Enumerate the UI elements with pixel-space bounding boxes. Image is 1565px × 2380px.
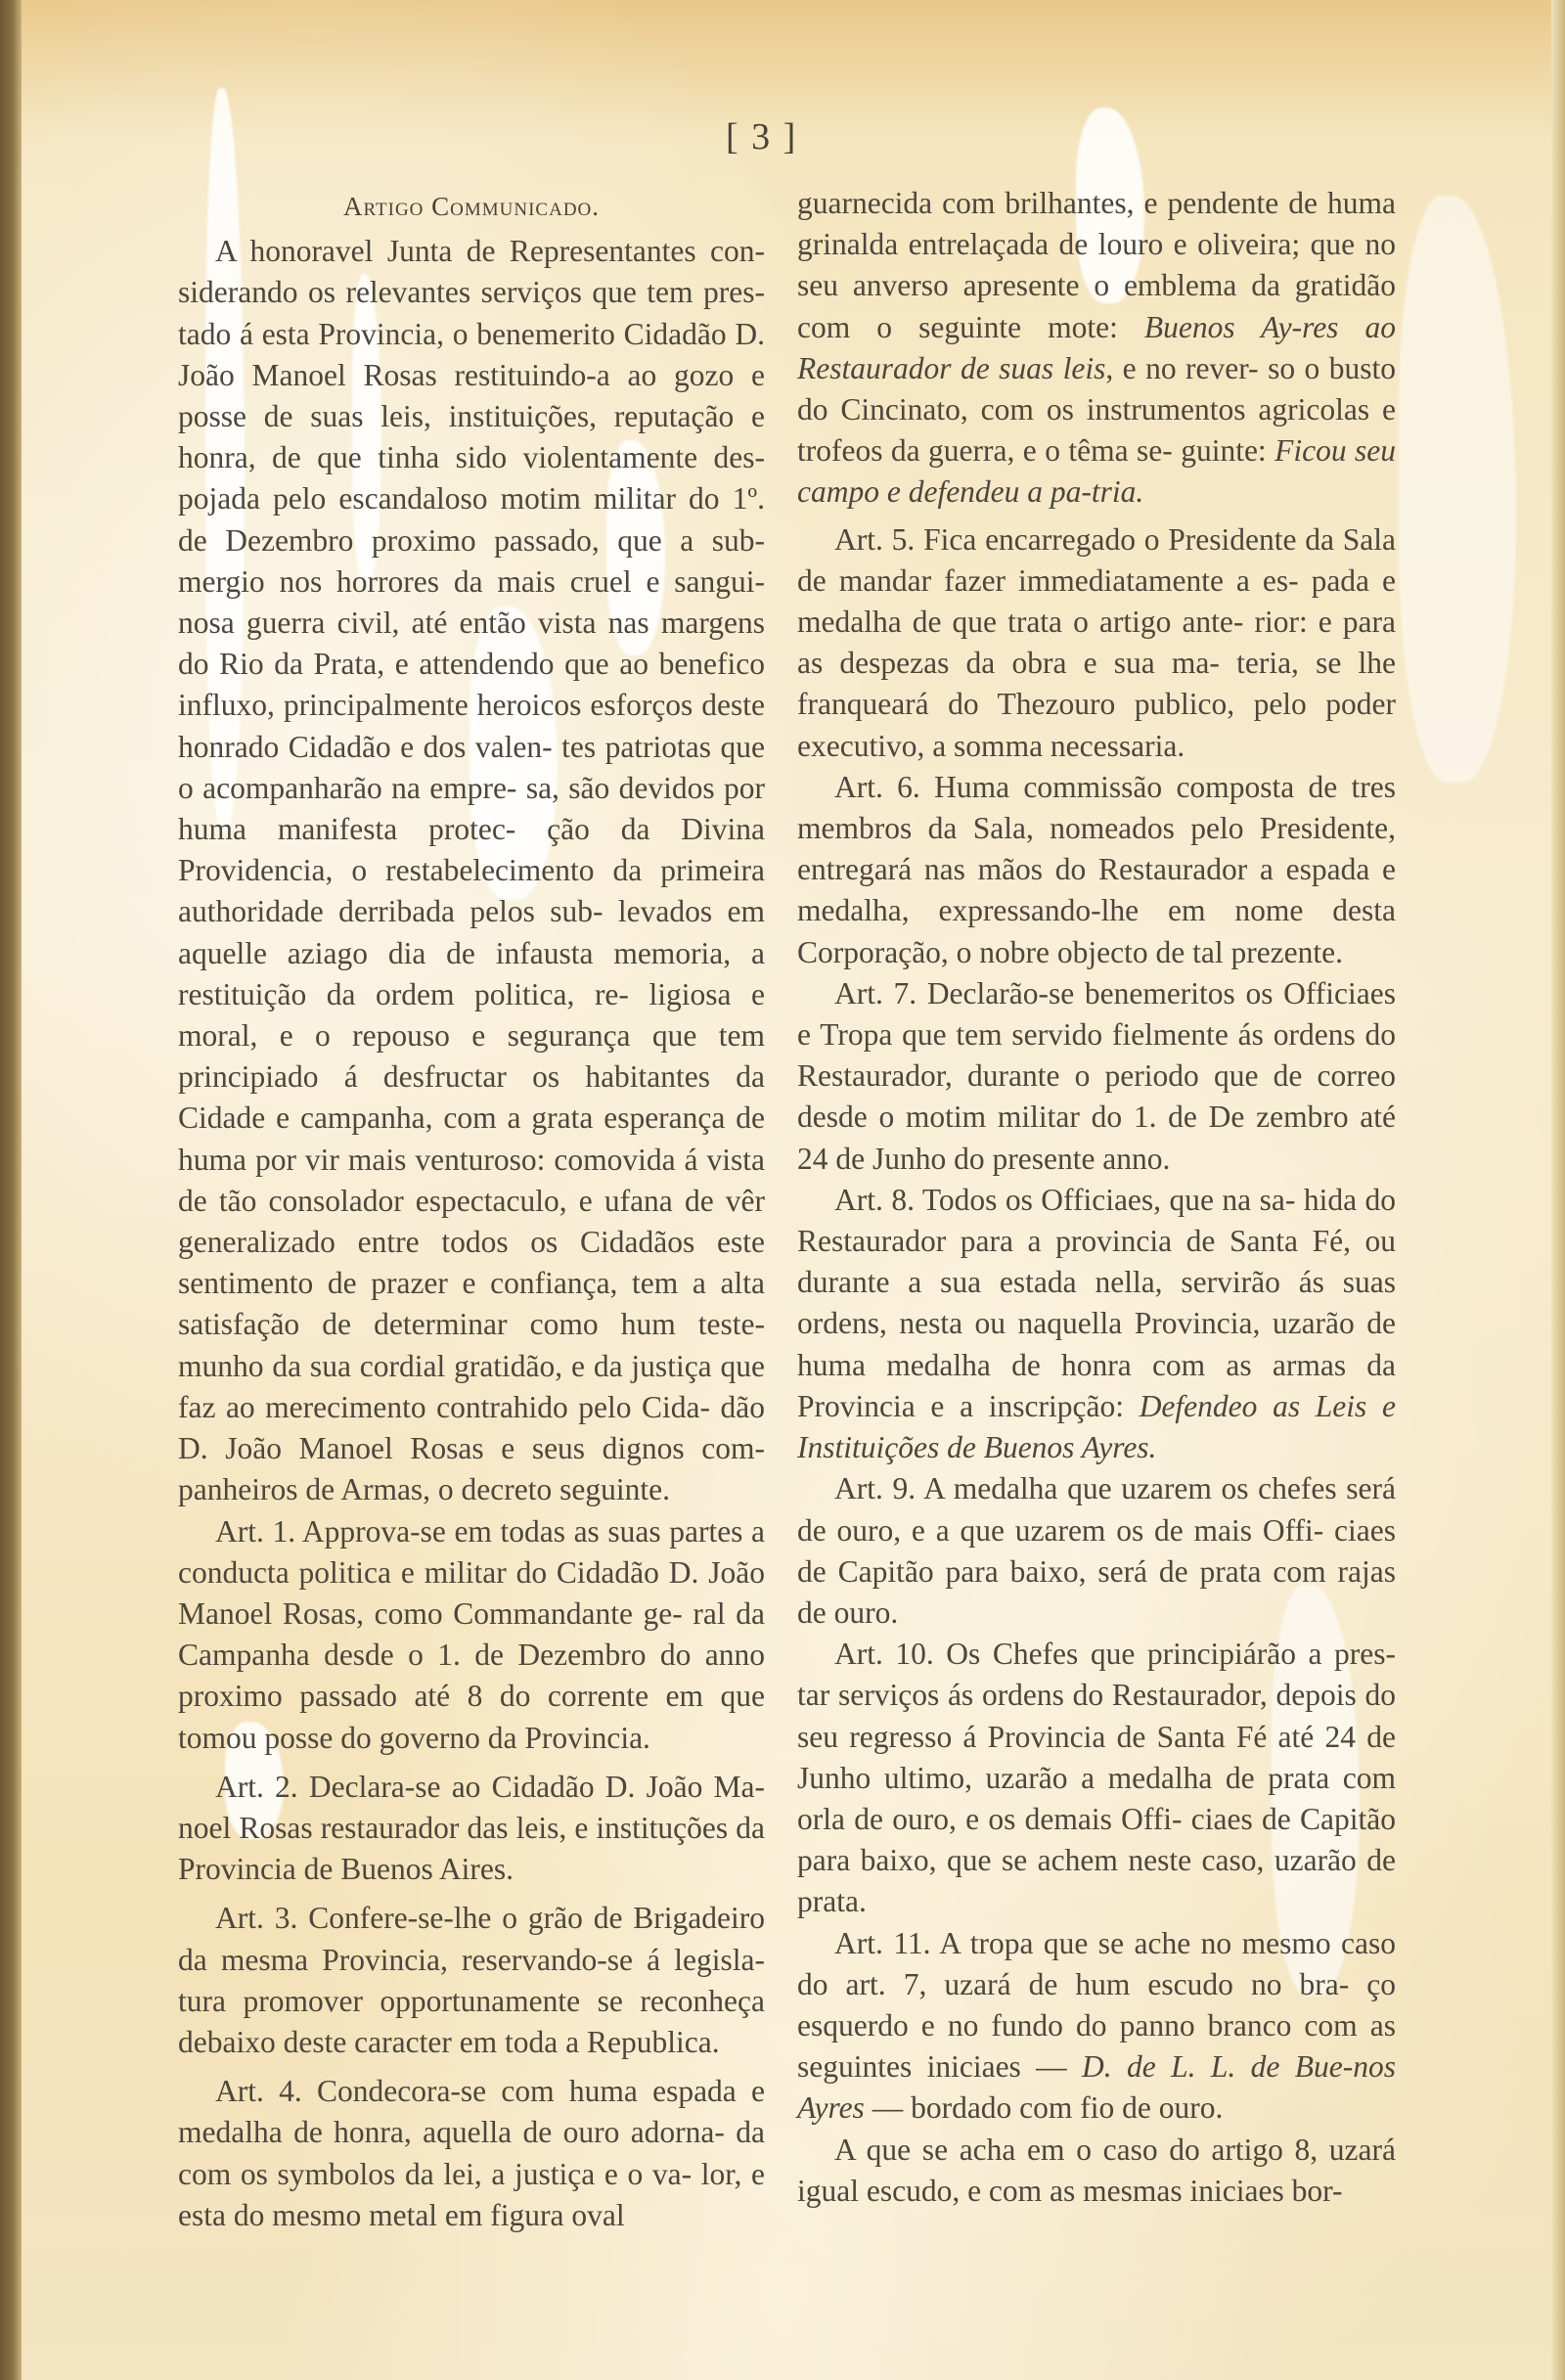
article-1: Art. 1. Approva-se em todas as suas part… <box>178 1511 765 1759</box>
page-edge <box>1551 0 1565 2380</box>
article-3: Art. 3. Confere-se-lhe o grão de Brigade… <box>178 1898 765 2063</box>
text-line: A honoravel Junta de Representantes con- <box>215 234 765 268</box>
text-line: Fica encarregado o Presidente da <box>923 522 1334 557</box>
left-column: Artigo Communicado. A honoravel Junta de… <box>178 186 765 2236</box>
article-9: Art. 9. A medalha que uzarem os chefes s… <box>797 1468 1396 1634</box>
text-line: Huma commissão composta de tres <box>934 770 1396 804</box>
article-label: Art. 1. <box>215 1514 295 1549</box>
text-line: igual escudo, e com as mesmas iniciaes b… <box>797 2174 1342 2208</box>
text-line: tar serviços ás ordens do Restaurador, d… <box>797 1678 1357 1712</box>
preamble-paragraph: A honoravel Junta de Representantes con-… <box>178 231 765 1510</box>
text-line: e Tropa que tem servido fielmente ás ord… <box>797 1017 1356 1052</box>
right-column: guarnecida com brilhantes, e pendente de… <box>797 183 1396 2212</box>
article-4: Art. 4. Condecora-se com huma espada e m… <box>178 2071 765 2236</box>
final-paragraph: A que se acha em o caso do artigo 8, uza… <box>797 2130 1396 2212</box>
text-line: Corporação, o nobre objecto de tal preze… <box>797 935 1343 969</box>
text-line: Confere-se-lhe o grão de Brigadeiro <box>308 1901 765 1935</box>
text-line: Todos os Officiaes, que na sa- <box>922 1183 1296 1217</box>
text-line: medalha de honra, aquella de ouro adorna… <box>178 2115 725 2149</box>
text-line: siderando os relevantes serviços que tem… <box>178 275 765 309</box>
article-11: Art. 11. A tropa que se ache no mesmo ca… <box>797 1923 1396 2130</box>
text-line: Condecora-se com huma espada e <box>317 2074 765 2108</box>
text-line: membros da Sala, nomeados pelo President… <box>797 811 1396 845</box>
paper-tear <box>1399 196 1516 783</box>
text-line: Declara-se ao Cidadão D. João Ma- <box>309 1770 765 1804</box>
scanned-page: [ 3 ] Artigo Communicado. A honoravel Ju… <box>0 0 1565 2380</box>
article-6: Art. 6. Huma commissão composta de tres … <box>797 767 1396 973</box>
article-label: Art. 7. <box>834 976 917 1010</box>
article-label: Art. 6. <box>834 770 920 804</box>
article-label: Art. 9. <box>834 1471 916 1505</box>
text-line: da mesma Provincia, reservando-se á legi… <box>178 1943 765 1977</box>
article-label: Art. 5. <box>834 522 915 557</box>
text-line: Declarão-se benemeritos os Officiaes <box>927 976 1396 1010</box>
article-label: Art. 2. <box>215 1770 298 1804</box>
text-line: debaixo deste caracter em toda a Republi… <box>178 2025 720 2059</box>
text-line: pojada pelo escandaloso motim militar do… <box>178 481 765 516</box>
page-number: [ 3 ] <box>726 115 797 158</box>
text-line: munho da sua cordial gratidão, e da just… <box>178 1349 712 1383</box>
text-line: entregará nas mãos do Restaurador a espa… <box>797 852 1369 886</box>
text-line: , e no rever- <box>1105 351 1258 385</box>
text-line: A tropa que se ache no mesmo <box>939 1926 1330 1960</box>
text-line: tado á esta Provincia, o benemerito Cida… <box>178 317 727 351</box>
article-4-continuation: guarnecida com brilhantes, e pendente de… <box>797 183 1396 514</box>
article-label: Art. 11. <box>834 1926 931 1960</box>
text-line: guinte: <box>1181 433 1274 468</box>
article-10: Art. 10. Os Chefes que principiárão a pr… <box>797 1634 1396 1922</box>
text-line: — bordado com fio de ouro. <box>865 2090 1224 2125</box>
text-line: tura promover opportunamente se reconheç… <box>178 1984 765 2018</box>
article-heading: Artigo Communicado. <box>178 186 765 227</box>
text-line: nosa guerra civil, até então vista nas <box>178 606 649 640</box>
article-label: Art. 10. <box>834 1637 934 1671</box>
text-line: A medalha que uzarem os chefes <box>923 1471 1337 1505</box>
article-8: Art. 8. Todos os Officiaes, que na sa- h… <box>797 1180 1396 1468</box>
article-7: Art. 7. Declarão-se benemeritos os Offic… <box>797 973 1396 1180</box>
text-line: Approva-se em todas as suas partes <box>302 1514 743 1549</box>
text-line: A que se acha em o caso do artigo 8, uza… <box>834 2133 1396 2167</box>
article-5: Art. 5. Fica encarregado o Presidente da… <box>797 519 1396 767</box>
article-label: Art. 4. <box>215 2074 302 2108</box>
text-line: de Dezembro proximo passado, que a sub- <box>178 523 765 558</box>
article-label: Art. 3. <box>215 1901 297 1935</box>
text-line: guarnecida com brilhantes, e pendente de <box>797 186 1318 220</box>
text-line: mergio nos horrores da mais cruel e sang… <box>178 564 765 599</box>
text-line: panheiros de Armas, o decreto seguinte. <box>178 1472 670 1506</box>
binding-edge <box>0 0 22 2380</box>
article-label: Art. 8. <box>834 1183 915 1217</box>
article-2: Art. 2. Declara-se ao Cidadão D. João Ma… <box>178 1767 765 1891</box>
text-line: noel Rosas restaurador das leis, e insti… <box>178 1811 728 1845</box>
text-line: Os Chefes que principiárão a pres- <box>946 1637 1396 1671</box>
